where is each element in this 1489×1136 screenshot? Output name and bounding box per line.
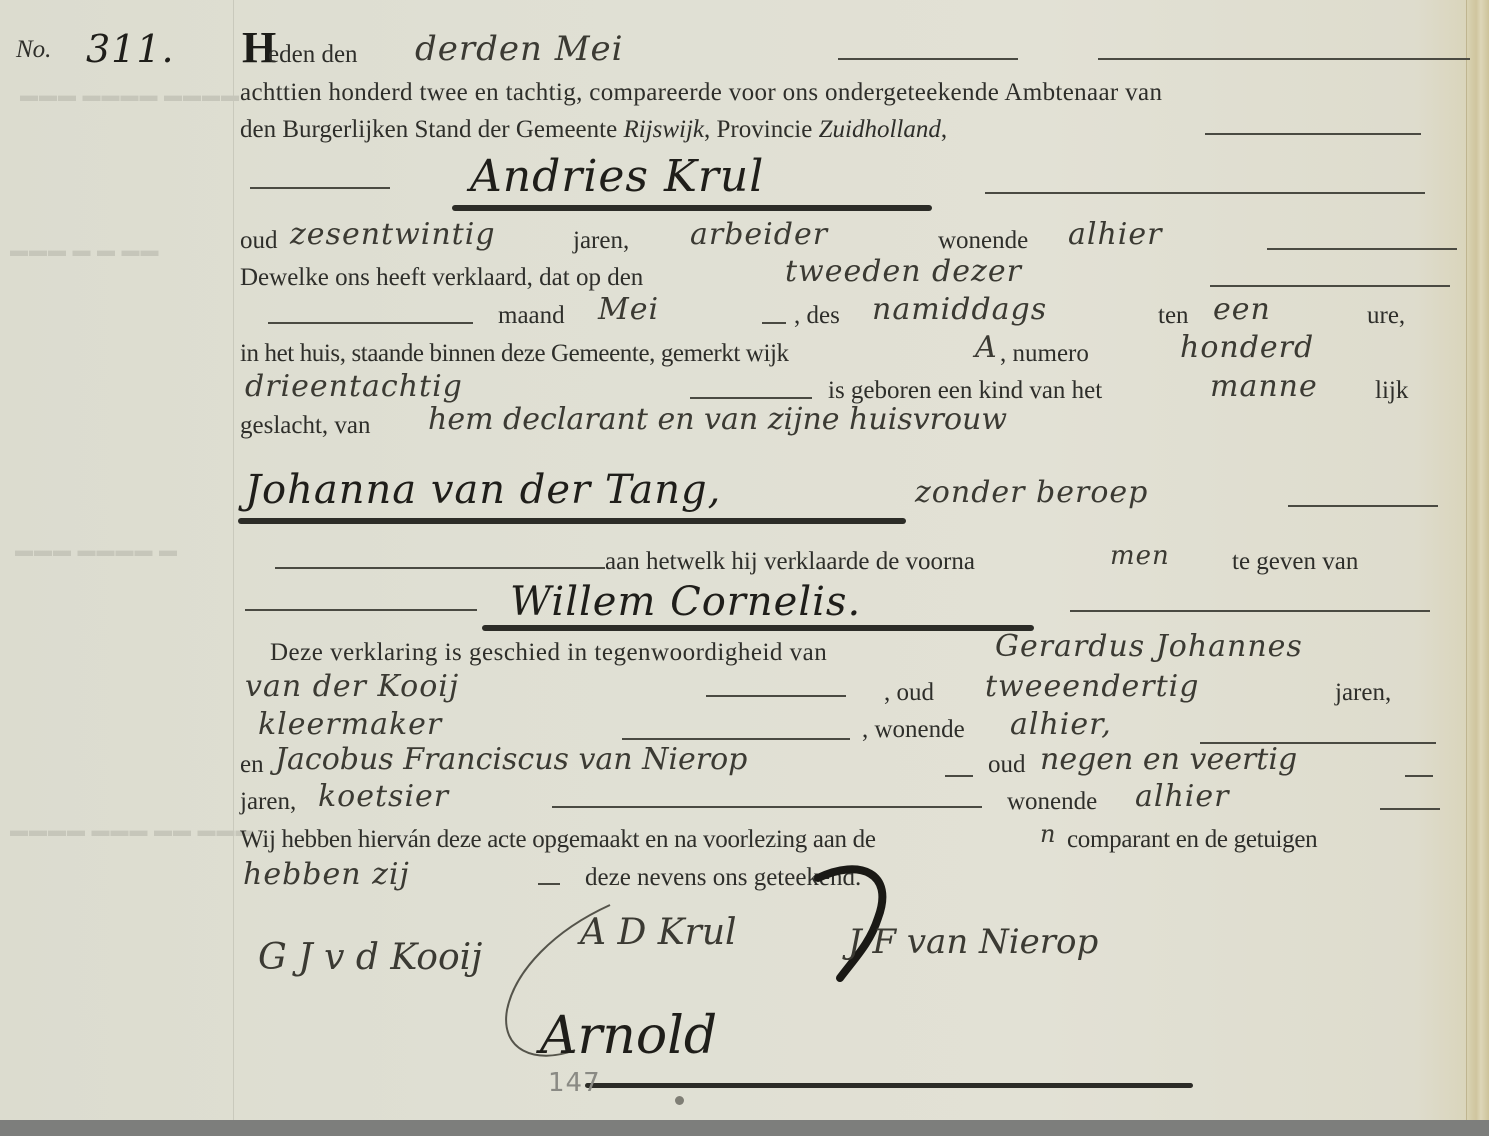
margin-rule	[233, 0, 234, 1120]
fill-line	[1380, 808, 1440, 810]
print-text: oud	[240, 228, 278, 253]
fill-line	[945, 775, 973, 777]
print-text: en	[240, 752, 264, 777]
hand-witness2-residence: alhier	[1135, 782, 1230, 812]
fill-line	[538, 883, 560, 885]
fill-line	[1070, 610, 1430, 612]
hand-child-name: Willem Cornelis.	[510, 582, 861, 622]
hand-witness1-name-a: Gerardus Johannes	[995, 632, 1303, 662]
hand-wijk: A	[975, 333, 998, 363]
print-text: jaren,	[573, 228, 629, 253]
hand-witness1-occupation: kleermaker	[258, 710, 442, 740]
fill-line	[985, 192, 1425, 194]
fill-line	[622, 738, 850, 740]
print-text: Wij hebben hierván deze acte opgemaakt e…	[240, 827, 876, 852]
print-text: achttien honderd twee en tachtig, compar…	[240, 80, 1162, 105]
print-text: aan hetwelk hij verklaarde de voorna	[605, 549, 975, 574]
print-text: ure,	[1367, 303, 1405, 328]
fill-line	[1267, 248, 1457, 250]
print-text: te geven van	[1232, 549, 1358, 574]
print-text: , des	[794, 303, 840, 328]
fill-line	[1405, 775, 1433, 777]
print-text: Deze verklaring is geschied in tegenwoor…	[270, 640, 827, 665]
fill-line	[245, 609, 477, 611]
hand-age: zesentwintig	[290, 220, 496, 250]
fill-line	[762, 322, 786, 324]
signature-official: Arnold	[540, 1010, 717, 1062]
fill-line	[275, 567, 605, 569]
book-binding-edge	[1466, 0, 1489, 1120]
fill-line	[268, 322, 473, 324]
hand-daypart: namiddags	[872, 295, 1047, 325]
emphasis-underline	[482, 625, 1034, 631]
print-text: is geboren een kind van het	[828, 378, 1102, 403]
fill-line	[1288, 505, 1438, 507]
print-text: den Burgerlijken Stand der Gemeente Rijs…	[240, 117, 947, 142]
fill-line	[250, 187, 390, 189]
hand-witness2-age: negen en veertig	[1040, 745, 1297, 775]
scan-background	[0, 1120, 1489, 1136]
register-page: ▬▬▬ ▬▬▬▬ ▬▬▬▬ ▬▬▬ ▬ ▬ ▬▬ ▬▬▬ ▬▬▬▬ ▬ ▬▬▬▬…	[0, 0, 1489, 1120]
print-text: wonende	[1007, 789, 1097, 814]
print-text: , oud	[884, 680, 934, 705]
fill-line	[690, 397, 812, 399]
hand-sex: manne	[1210, 372, 1318, 402]
fill-line	[1210, 285, 1450, 287]
print-text: lijk	[1375, 378, 1408, 403]
emphasis-underline	[238, 518, 906, 524]
signature-witness1: G J v d Kooij	[258, 940, 482, 976]
print-text: maand	[498, 303, 565, 328]
fill-line	[1098, 58, 1470, 60]
print-text: oud	[988, 752, 1026, 777]
print-text: eden den	[268, 42, 358, 67]
hand-witness1-age: tweeendertig	[985, 672, 1199, 702]
record-number-label: No.	[16, 36, 51, 64]
hand-house-number-1: honderd	[1180, 333, 1314, 363]
hand-witness2-occupation: koetsier	[318, 782, 449, 812]
hand-house-number-2: drieentachtig	[245, 372, 463, 402]
record-number: 311.	[86, 30, 175, 68]
bleed-through-text: ▬▬▬ ▬▬▬▬ ▬▬▬▬	[20, 85, 240, 106]
hand-mother-occupation: zonder beroep	[915, 478, 1148, 508]
pencil-page-number: 147	[548, 1068, 601, 1098]
print-text: in het huis, staande binnen deze Gemeent…	[240, 341, 789, 366]
hand-birth-hour: een	[1213, 295, 1271, 325]
hand-birth-day: tweeden dezer	[785, 257, 1022, 287]
print-text: geslacht, van	[240, 413, 371, 438]
hand-birth-month: Mei	[598, 295, 659, 325]
print-text: jaren,	[1335, 680, 1391, 705]
hand-mother-name: Johanna van der Tang,	[245, 470, 721, 510]
fill-line	[838, 58, 1018, 60]
hand-signers: hebben zij	[243, 860, 410, 890]
hand-witness2-name: Jacobus Franciscus van Nierop	[275, 745, 747, 775]
ink-spot	[675, 1096, 684, 1105]
print-text: Dewelke ons heeft verklaard, dat op den	[240, 265, 643, 290]
fill-line	[706, 695, 846, 697]
hand-suffix: n	[1040, 822, 1056, 846]
print-text: comparant en de getuigen	[1067, 827, 1317, 852]
hand-declarant-name: Andries Krul	[470, 155, 764, 199]
hand-residence: alhier	[1068, 220, 1163, 250]
hand-parents: hem declarant en van zijne huisvrouw	[428, 405, 1007, 435]
fill-line	[1205, 133, 1421, 135]
hand-date: derden Mei	[415, 32, 624, 66]
print-text: , wonende	[862, 717, 965, 742]
print-text: jaren,	[240, 789, 296, 814]
fill-line	[552, 806, 982, 808]
bleed-through-text: ▬▬▬▬ ▬▬▬ ▬▬ ▬▬▬	[10, 820, 255, 841]
print-text: ten	[1158, 303, 1189, 328]
signature-underline	[585, 1083, 1193, 1088]
hand-witness1-name-b: van der Kooij	[245, 672, 459, 702]
bleed-through-text: ▬▬▬ ▬ ▬ ▬▬	[10, 240, 160, 261]
hand-witness1-residence: alhier,	[1010, 710, 1112, 740]
print-text: , numero	[1000, 341, 1089, 366]
print-text: wonende	[938, 228, 1028, 253]
emphasis-underline	[452, 205, 932, 211]
hand-suffix: men	[1110, 543, 1170, 569]
bleed-through-text: ▬▬▬ ▬▬▬▬ ▬	[15, 540, 178, 561]
hand-occupation: arbeider	[690, 220, 828, 250]
signature-witness2: J F van Nierop	[848, 925, 1098, 959]
